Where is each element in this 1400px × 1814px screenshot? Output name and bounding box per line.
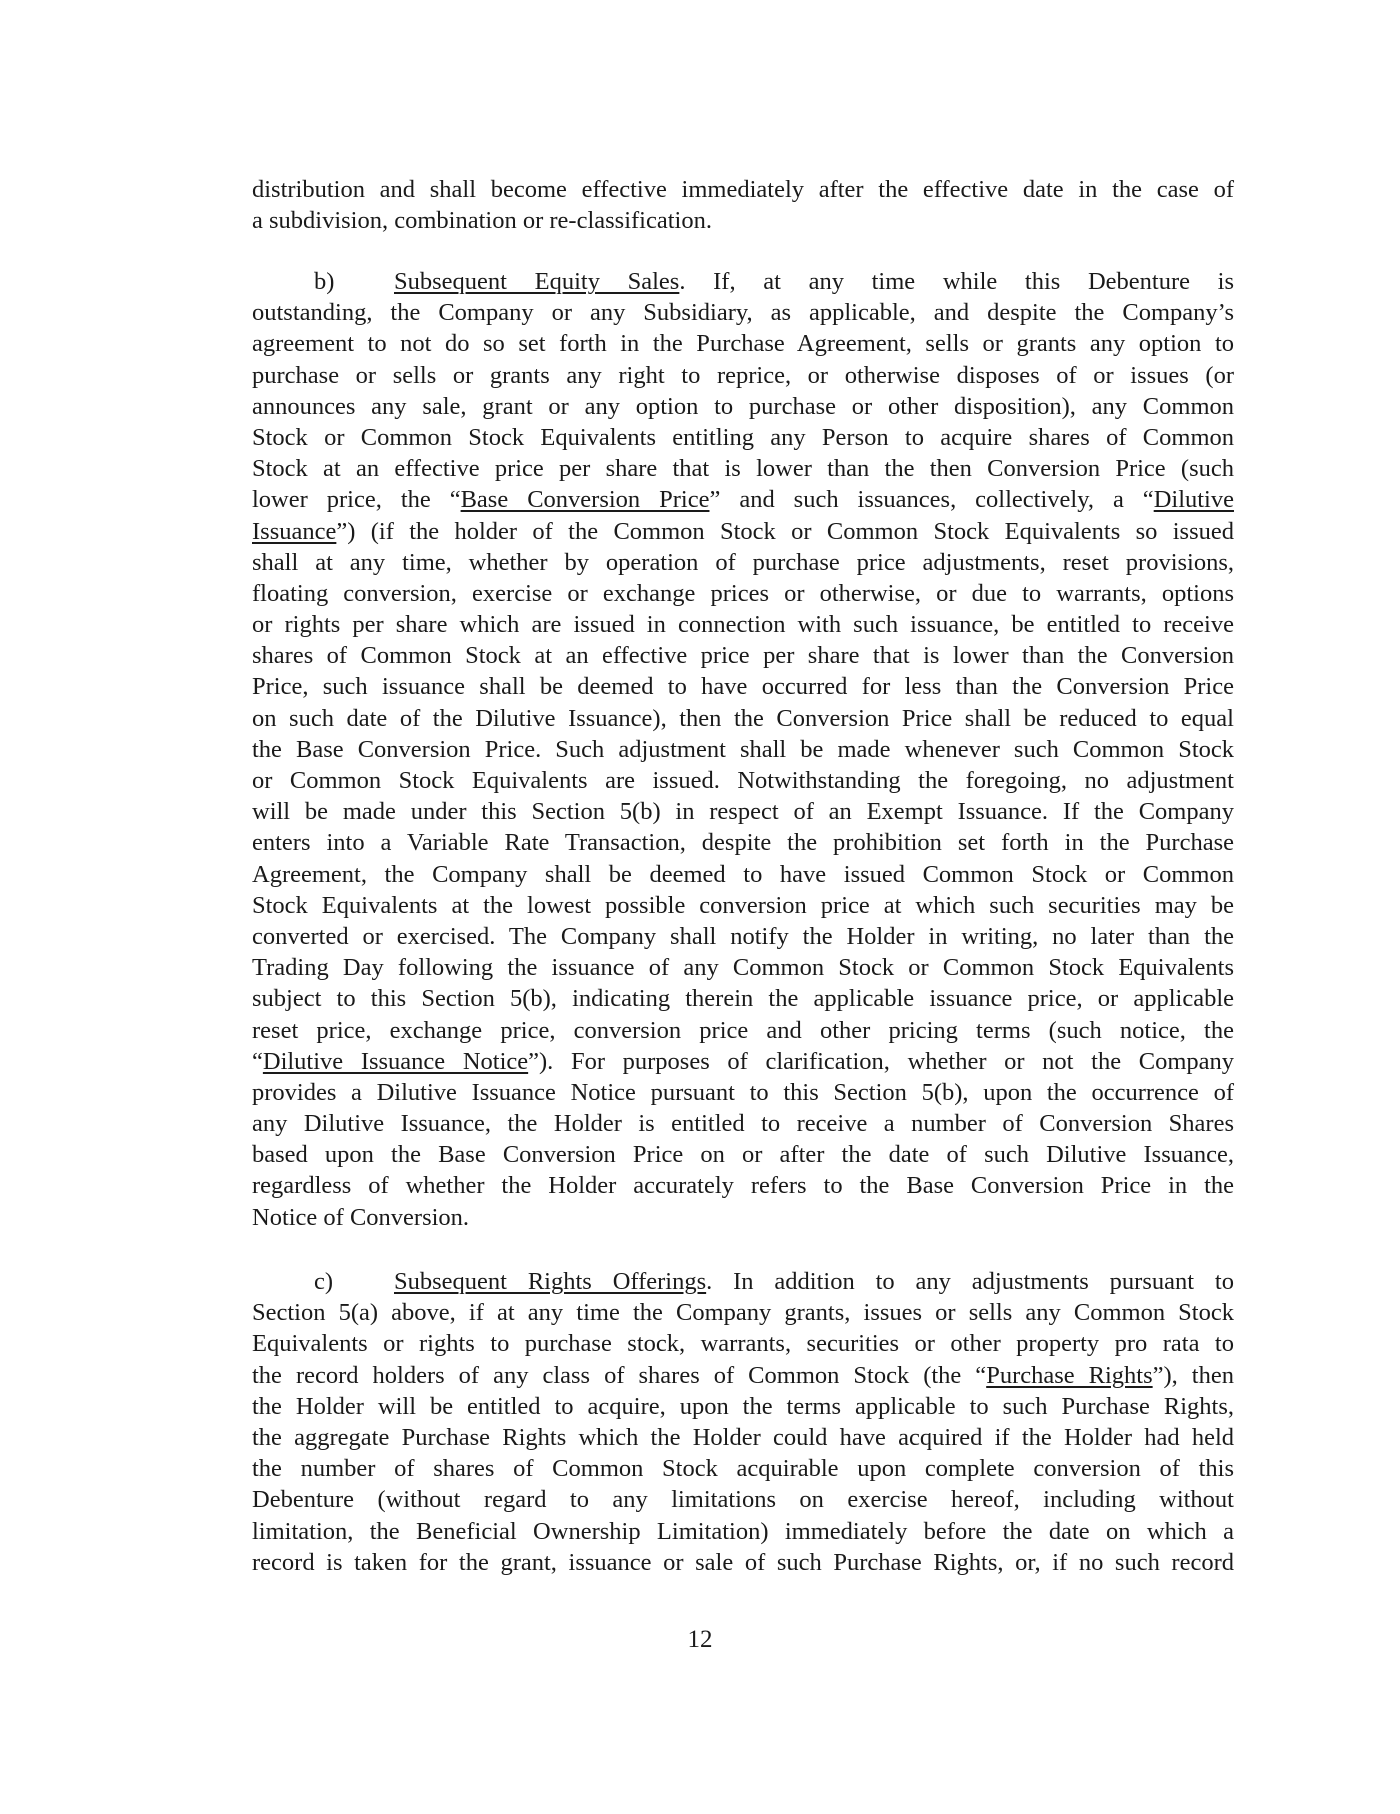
text-line: outstanding, the Company or any Subsidia…	[252, 297, 1234, 328]
text-line: reset price, exchange price, conversion …	[252, 1015, 1234, 1046]
section-c-heading: Subsequent Rights Offerings	[394, 1268, 706, 1295]
text-fragment: “	[252, 1048, 263, 1075]
defined-term-dilutive-issuance: Dilutive	[1154, 486, 1234, 513]
section-b-heading: Subsequent Equity Sales	[394, 268, 679, 295]
defined-term-base-conversion-price: Base Conversion Price	[461, 486, 710, 513]
document-page: distribution and shall become effective …	[0, 0, 1400, 1814]
text-fragment: ” and such issuances, collectively, a “	[709, 486, 1153, 513]
text-fragment: . In addition to any adjustments pursuan…	[706, 1268, 1234, 1295]
text-line: floating conversion, exercise or exchang…	[252, 578, 1234, 609]
text-line: subject to this Section 5(b), indicating…	[252, 983, 1234, 1014]
section-c-paragraph: c)Subsequent Rights Offerings. In additi…	[252, 1266, 1234, 1578]
text-line: will be made under this Section 5(b) in …	[252, 796, 1234, 827]
intro-paragraph: distribution and shall become effective …	[252, 174, 1234, 236]
text-line: agreement to not do so set forth in the …	[252, 328, 1234, 359]
text-line: shares of Common Stock at an effective p…	[252, 640, 1234, 671]
text-line: “Dilutive Issuance Notice”). For purpose…	[252, 1046, 1234, 1077]
text-line: Stock Equivalents at the lowest possible…	[252, 890, 1234, 921]
text-line: purchase or sells or grants any right to…	[252, 360, 1234, 391]
text-line: the Holder will be entitled to acquire, …	[252, 1391, 1234, 1422]
text-line: Agreement, the Company shall be deemed t…	[252, 859, 1234, 890]
text-line: Notice of Conversion.	[252, 1202, 1234, 1233]
section-b-paragraph: b)Subsequent Equity Sales. If, at any ti…	[252, 266, 1234, 1233]
text-line: regardless of whether the Holder accurat…	[252, 1170, 1234, 1201]
section-c-first-line: c)Subsequent Rights Offerings. In additi…	[252, 1266, 1234, 1297]
text-line: the aggregate Purchase Rights which the …	[252, 1422, 1234, 1453]
text-line: the record holders of any class of share…	[252, 1360, 1234, 1391]
text-line: lower price, the “Base Conversion Price”…	[252, 484, 1234, 515]
text-line: announces any sale, grant or any option …	[252, 391, 1234, 422]
text-line: a subdivision, combination or re-classif…	[252, 205, 1234, 236]
text-fragment: ”). For purposes of clarification, wheth…	[528, 1048, 1234, 1075]
text-line: Stock or Common Stock Equivalents entitl…	[252, 422, 1234, 453]
text-fragment: . If, at any time while this Debenture i…	[679, 268, 1234, 295]
section-b-first-line: b)Subsequent Equity Sales. If, at any ti…	[252, 266, 1234, 297]
defined-term-purchase-rights: Purchase Rights	[986, 1362, 1152, 1389]
text-line: based upon the Base Conversion Price on …	[252, 1139, 1234, 1170]
text-line: record is taken for the grant, issuance …	[252, 1547, 1234, 1578]
text-line: provides a Dilutive Issuance Notice purs…	[252, 1077, 1234, 1108]
text-line: Equivalents or rights to purchase stock,…	[252, 1328, 1234, 1359]
section-b-label: b)	[314, 266, 394, 297]
text-fragment: lower price, the “	[252, 486, 461, 513]
text-fragment: the record holders of any class of share…	[252, 1362, 986, 1389]
text-line: Stock at an effective price per share th…	[252, 453, 1234, 484]
text-line: Price, such issuance shall be deemed to …	[252, 671, 1234, 702]
text-fragment: ”), then	[1153, 1362, 1234, 1389]
text-line: enters into a Variable Rate Transaction,…	[252, 827, 1234, 858]
text-line: Trading Day following the issuance of an…	[252, 952, 1234, 983]
text-line: limitation, the Beneficial Ownership Lim…	[252, 1516, 1234, 1547]
text-line: on such date of the Dilutive Issuance), …	[252, 703, 1234, 734]
text-line: distribution and shall become effective …	[252, 174, 1234, 205]
text-line: Debenture (without regard to any limitat…	[252, 1484, 1234, 1515]
defined-term-dilutive-issuance-cont: Issuance	[252, 518, 336, 545]
defined-term-dilutive-issuance-notice: Dilutive Issuance Notice	[263, 1048, 528, 1075]
text-line: shall at any time, whether by operation …	[252, 547, 1234, 578]
text-line: the number of shares of Common Stock acq…	[252, 1453, 1234, 1484]
text-line: the Base Conversion Price. Such adjustme…	[252, 734, 1234, 765]
text-line: Issuance”) (if the holder of the Common …	[252, 516, 1234, 547]
text-line: any Dilutive Issuance, the Holder is ent…	[252, 1108, 1234, 1139]
text-line: Section 5(a) above, if at any time the C…	[252, 1297, 1234, 1328]
text-line: or rights per share which are issued in …	[252, 609, 1234, 640]
text-line: or Common Stock Equivalents are issued. …	[252, 765, 1234, 796]
text-line: converted or exercised. The Company shal…	[252, 921, 1234, 952]
page-number: 12	[0, 1626, 1400, 1654]
text-fragment: ”) (if the holder of the Common Stock or…	[336, 518, 1234, 545]
section-c-label: c)	[314, 1266, 394, 1297]
